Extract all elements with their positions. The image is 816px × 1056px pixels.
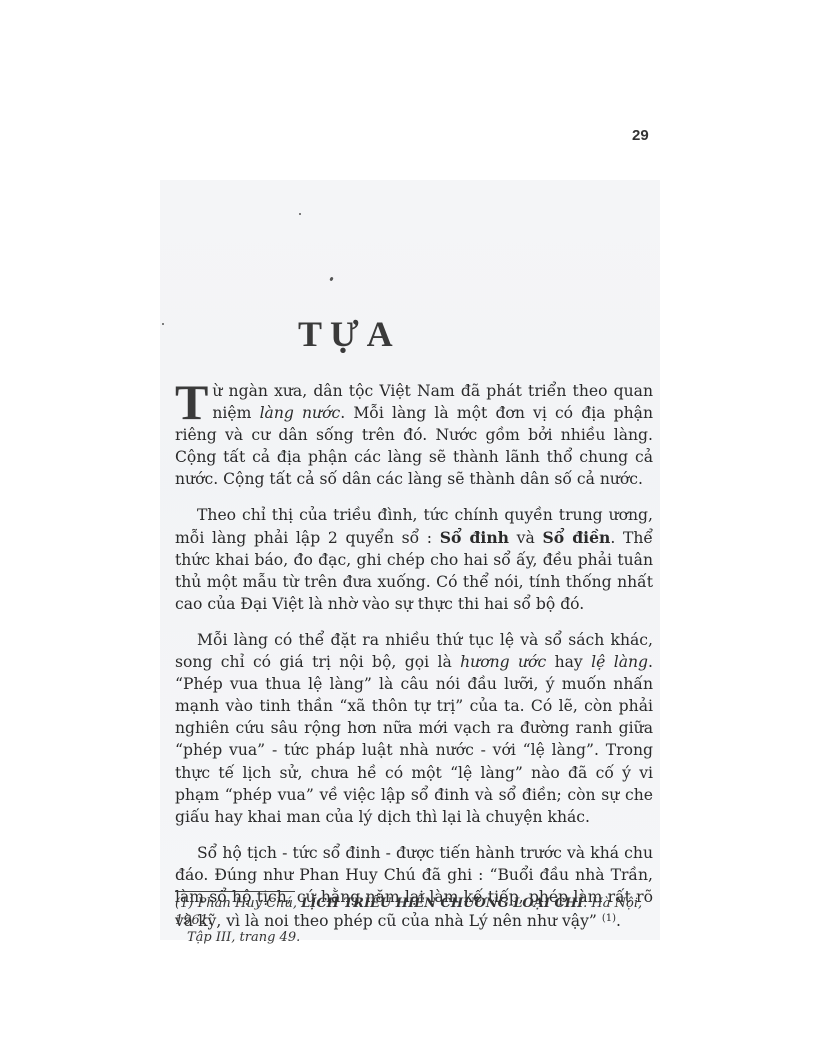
footnote-book-title: LỊCH TRIỀU HIẾN CHƯƠNG LOẠI CHÍ [301,896,583,911]
page-title: TỰA [298,313,498,355]
paragraph-3: Mỗi làng có thể đặt ra nhiều thứ tục lệ … [175,629,653,828]
footnote-divider [175,891,295,892]
footnote-author: Phan Huy Chú, [198,896,297,911]
footnote-location: Tập III, trang 49. [175,929,675,946]
body-text: Từ ngàn xưa, dân tộc Việt Nam đã phát tr… [175,380,653,946]
paragraph-2: Theo chỉ thị của triều đình, tức chính q… [175,504,653,614]
footnote-marker: (1) [175,896,193,911]
paragraph-1: Từ ngàn xưa, dân tộc Việt Nam đã phát tr… [175,380,653,490]
scan-speck [162,323,164,325]
page-number: 29 [632,127,649,144]
drop-cap: T [175,382,208,422]
scan-speck [299,213,301,215]
footnote: (1) Phan Huy Chú, LỊCH TRIỀU HIẾN CHƯƠNG… [175,895,675,946]
